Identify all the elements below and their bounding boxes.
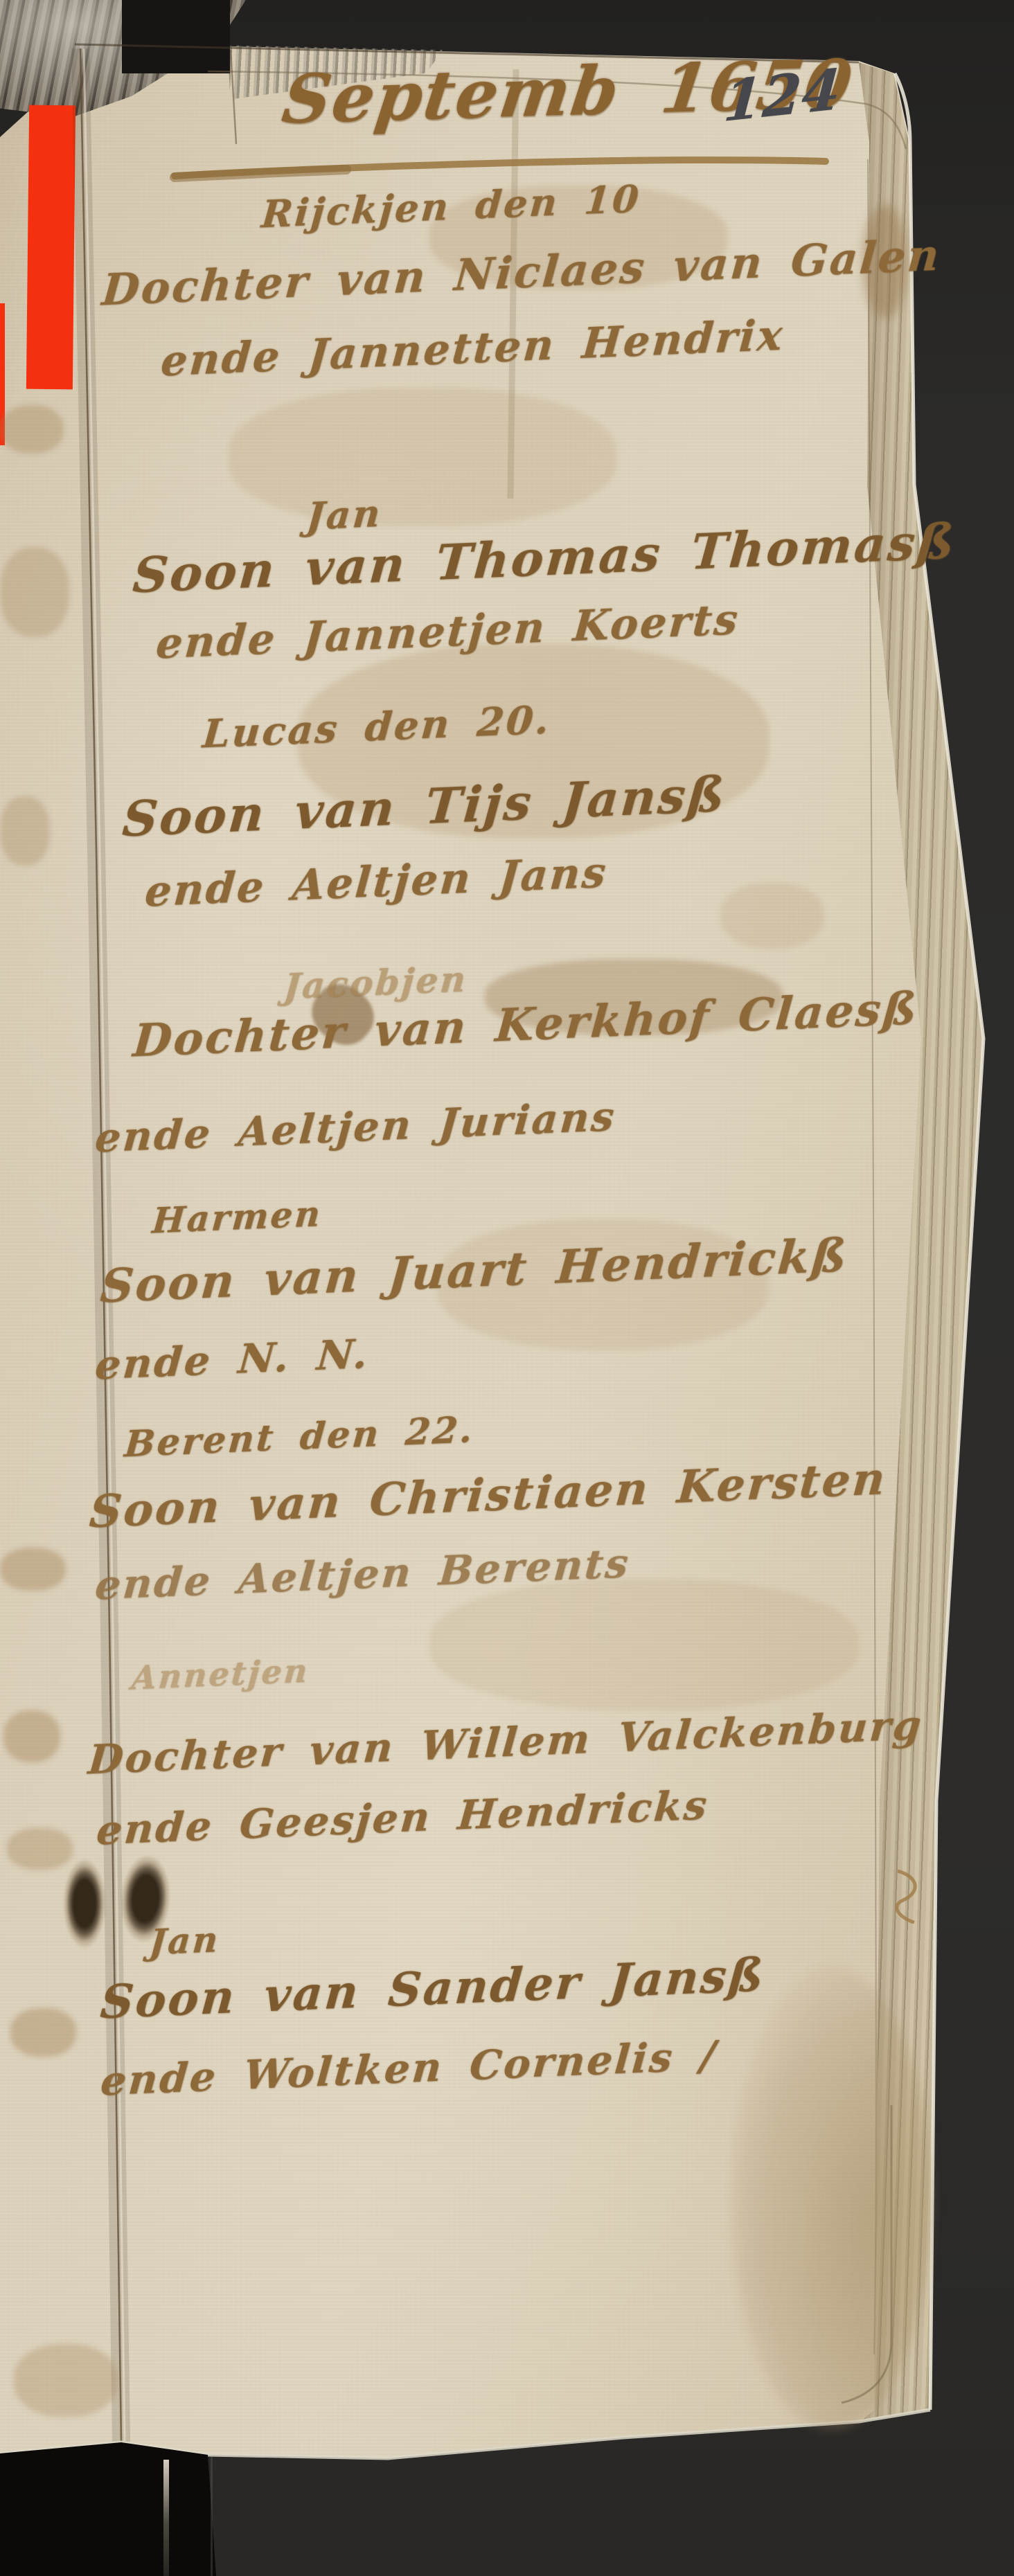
ink-blot-left bbox=[63, 1859, 106, 1949]
entry-name: Jan bbox=[148, 1922, 221, 1960]
background-gap bbox=[122, 0, 230, 73]
ink-bleed-through bbox=[720, 883, 824, 949]
ink-bleed-through bbox=[429, 1579, 859, 1710]
margin-show-through bbox=[0, 547, 69, 637]
margin-show-through bbox=[10, 2008, 76, 2057]
entry-line: ende N. N. bbox=[94, 1333, 371, 1385]
margin-show-through bbox=[7, 1828, 73, 1870]
entry-name: Jacobjen bbox=[283, 962, 469, 1004]
ink-bleed-through bbox=[229, 388, 616, 526]
margin-show-through bbox=[3, 1710, 60, 1762]
margin-show-through bbox=[14, 2344, 118, 2417]
cover-edge-highlight bbox=[163, 2460, 169, 2576]
page-number: 124 bbox=[722, 61, 843, 129]
cover-edge-line bbox=[211, 2457, 213, 2576]
red-marker-strip bbox=[26, 105, 75, 390]
margin-show-through bbox=[0, 796, 50, 866]
entry-name: Jan bbox=[305, 494, 384, 535]
entry-name: Harmen bbox=[151, 1197, 323, 1238]
margin-show-through bbox=[0, 405, 64, 454]
entry-name: Annetjen bbox=[130, 1654, 310, 1694]
margin-show-through bbox=[0, 1548, 66, 1591]
water-stain-bottom-right bbox=[731, 1967, 932, 2431]
scanned-register-page-photo: Septemb 1650 124 Rijckjen den 10 Dochter… bbox=[0, 0, 1014, 2576]
